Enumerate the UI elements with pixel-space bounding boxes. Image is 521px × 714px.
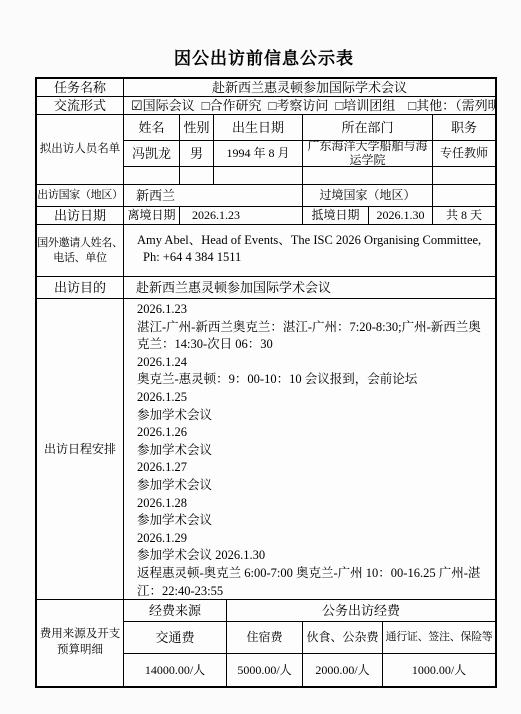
destination-country-value: 新西兰 xyxy=(124,185,303,206)
delegation-data-row: 冯凯龙 男 1994 年 8 月 广东海洋大学船舶与海运学院 专任教师 xyxy=(124,141,495,167)
delegation-empty-row xyxy=(124,167,495,185)
col-header-birth: 出生日期 xyxy=(214,115,303,140)
col-header-name: 姓名 xyxy=(124,115,180,140)
purpose-label: 出访目的 xyxy=(37,277,124,298)
visa-insurance-fee-value: 1000.00/人 xyxy=(383,654,495,686)
form-table: 任务名称 赴新西兰惠灵顿参加国际学术会议 交流形式 ☑国际会议□合作研究□考察访… xyxy=(35,77,497,688)
member-name: 冯凯龙 xyxy=(124,141,180,166)
document-page: 因公出访前信息公示表 任务名称 赴新西兰惠灵顿参加国际学术会议 交流形式 ☑国际… xyxy=(0,0,521,714)
itinerary-line: 2026.1.27 xyxy=(137,459,489,477)
exchange-form-label: 交流形式 xyxy=(37,97,124,114)
itinerary-line: 2026.1.29 xyxy=(137,530,489,548)
unchecked-checkbox-icon: □ xyxy=(202,98,210,113)
exchange-option: □培训团组 xyxy=(335,98,395,114)
arrival-date-value: 2026.1.30 xyxy=(369,207,433,224)
meals-fee-value: 2000.00/人 xyxy=(303,654,383,686)
budget-table: 经费来源 公务出访经费 交通费 住宿费 伙食、公杂费 通行证、签注、保险等 14… xyxy=(124,600,495,686)
itinerary-line: 参加学术会议 xyxy=(137,442,489,460)
arrival-date-label: 抵境日期 xyxy=(303,207,369,224)
exchange-option: □合作研究 xyxy=(202,98,262,114)
empty-cell xyxy=(303,167,433,185)
row-inviter: 国外邀请人姓名、 电话、单位 Amy Abel、Head of Events、T… xyxy=(37,225,495,277)
inviter-line1: Amy Abel、Head of Events、The ISC 2026 Org… xyxy=(137,232,487,249)
budget-columns-row: 交通费 住宿费 伙食、公杂费 通行证、签注、保险等 xyxy=(124,622,495,654)
itinerary-line: 参加学术会议 xyxy=(137,477,489,495)
task-value: 赴新西兰惠灵顿参加国际学术会议 xyxy=(124,79,495,96)
budget-values-row: 14000.00/人 5000.00/人 2000.00/人 1000.00/人 xyxy=(124,654,495,686)
purpose-value: 赴新西兰惠灵顿参加国际学术会议 xyxy=(124,277,495,298)
inviter-line2: Ph: +64 4 384 1511 xyxy=(137,249,487,266)
member-position: 专任教师 xyxy=(433,141,495,166)
transport-fee-header: 交通费 xyxy=(124,622,227,653)
exchange-option: ☑国际会议 xyxy=(131,98,195,114)
exchange-option-label: 其他：（需列明） xyxy=(416,98,495,113)
budget-label: 费用来源及开支 预算明细 xyxy=(37,600,124,686)
budget-label-line2: 预算明细 xyxy=(57,643,103,659)
row-countries: 出访国家（地区） 新西兰 过境国家（地区） xyxy=(37,185,495,207)
page-title: 因公出访前信息公示表 xyxy=(35,48,493,70)
empty-cell xyxy=(180,167,214,185)
itinerary-line: 参加学术会议 xyxy=(137,407,489,425)
exchange-option-label: 国际会议 xyxy=(143,98,195,113)
departure-date-label: 离境日期 xyxy=(124,207,180,224)
departure-date-value: 2026.1.23 xyxy=(180,207,303,224)
checked-checkbox-icon: ☑ xyxy=(131,98,143,113)
row-exchange-form: 交流形式 ☑国际会议□合作研究□考察访问□培训团组□其他：（需列明） xyxy=(37,97,495,115)
transit-country-label: 过境国家（地区） xyxy=(303,185,433,206)
destination-country-label: 出访国家（地区） xyxy=(37,185,124,206)
itinerary-line: 2026.1.25 xyxy=(137,389,489,407)
task-label: 任务名称 xyxy=(37,79,124,96)
unchecked-checkbox-icon: □ xyxy=(408,98,416,113)
row-task: 任务名称 赴新西兰惠灵顿参加国际学术会议 xyxy=(37,79,495,97)
col-header-gender: 性别 xyxy=(180,115,214,140)
row-budget: 费用来源及开支 预算明细 经费来源 公务出访经费 交通费 住宿费 伙食、公杂费 … xyxy=(37,600,495,686)
exchange-options: ☑国际会议□合作研究□考察访问□培训团组□其他：（需列明） xyxy=(124,97,495,114)
itinerary-line: 参加学术会议 2026.1.30 xyxy=(137,547,489,565)
budget-label-line1: 费用来源及开支 xyxy=(40,627,121,643)
col-header-position: 职务 xyxy=(433,115,495,140)
itinerary-line: 2026.1.26 xyxy=(137,424,489,442)
official-expense-header: 公务出访经费 xyxy=(227,600,495,621)
col-header-department: 所在部门 xyxy=(303,115,433,140)
lodging-fee-header: 住宿费 xyxy=(227,622,303,653)
lodging-fee-value: 5000.00/人 xyxy=(227,654,303,686)
exchange-option-label: 考察访问 xyxy=(276,98,328,113)
member-department: 广东海洋大学船舶与海运学院 xyxy=(303,141,433,166)
exchange-option: □考察访问 xyxy=(269,98,329,114)
member-gender: 男 xyxy=(180,141,214,166)
transport-fee-value: 14000.00/人 xyxy=(124,654,227,686)
row-delegation: 拟出访人员名单 姓名 性别 出生日期 所在部门 职务 冯凯龙 男 1994 年 … xyxy=(37,115,495,185)
inviter-value: Amy Abel、Head of Events、The ISC 2026 Org… xyxy=(124,225,495,276)
itinerary-label: 出访日程安排 xyxy=(37,299,124,599)
funding-source-header: 经费来源 xyxy=(124,600,227,621)
exchange-option-label: 合作研究 xyxy=(210,98,262,113)
row-itinerary: 出访日程安排 2026.1.23湛江-广州-新西兰奥克兰：湛江-广州：7:20-… xyxy=(37,299,495,600)
row-purpose: 出访目的 赴新西兰惠灵顿参加国际学术会议 xyxy=(37,277,495,299)
itinerary-line: 2026.1.24 xyxy=(137,354,489,372)
inviter-label-line2: 电话、单位 xyxy=(53,251,107,266)
itinerary-line: 湛江-广州-新西兰奥克兰：湛江-广州：7:20-8:30;广州-新西兰奥克兰：1… xyxy=(137,319,489,354)
itinerary-line: 参加学术会议 xyxy=(137,512,489,530)
transit-country-value xyxy=(433,185,495,206)
row-dates: 出访日期 离境日期 2026.1.23 抵境日期 2026.1.30 共 8 天 xyxy=(37,207,495,225)
itinerary-line: 返程惠灵顿-奥克兰 6:00-7:00 奥克兰-广州 10：00-16.25 广… xyxy=(137,565,489,599)
delegation-table: 姓名 性别 出生日期 所在部门 职务 冯凯龙 男 1994 年 8 月 广东海洋… xyxy=(124,115,495,184)
inviter-label: 国外邀请人姓名、 电话、单位 xyxy=(37,225,124,276)
dates-label: 出访日期 xyxy=(37,207,124,224)
itinerary-value: 2026.1.23湛江-广州-新西兰奥克兰：湛江-广州：7:20-8:30;广州… xyxy=(124,299,495,599)
exchange-option-label: 培训团组 xyxy=(343,98,395,113)
meals-fee-header: 伙食、公杂费 xyxy=(303,622,383,653)
delegation-label: 拟出访人员名单 xyxy=(37,115,124,184)
member-birth: 1994 年 8 月 xyxy=(214,141,303,166)
visa-insurance-fee-header: 通行证、签注、保险等 xyxy=(383,622,495,653)
empty-cell xyxy=(214,167,303,185)
itinerary-line: 奥克兰-惠灵顿：9：00-10：10 会议报到，会前论坛 xyxy=(137,371,489,389)
empty-cell xyxy=(124,167,180,185)
itinerary-line: 2026.1.28 xyxy=(137,495,489,513)
empty-cell xyxy=(433,167,495,185)
delegation-header-row: 姓名 性别 出生日期 所在部门 职务 xyxy=(124,115,495,141)
inviter-label-line1: 国外邀请人姓名、 xyxy=(37,236,123,251)
itinerary-line: 2026.1.23 xyxy=(137,301,489,319)
trip-duration: 共 8 天 xyxy=(433,207,495,224)
exchange-option: □其他：（需列明） xyxy=(408,98,495,114)
budget-header-row: 经费来源 公务出访经费 xyxy=(124,600,495,622)
